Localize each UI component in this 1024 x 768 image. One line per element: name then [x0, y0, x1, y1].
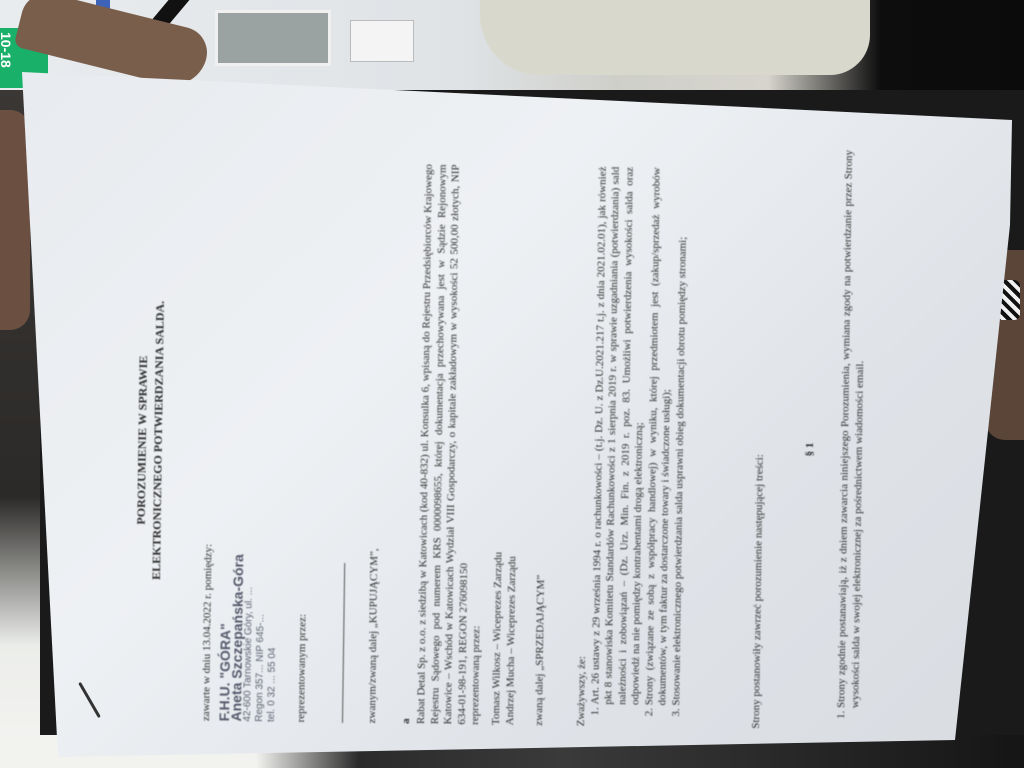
background-window — [215, 10, 331, 66]
background-window — [350, 20, 414, 62]
finger — [0, 110, 30, 330]
terms-section: Strony zgodnie postanawiają, iż z dniem … — [835, 150, 870, 730]
whereas-item: Art. 26 ustawy z 29 września 1994 r. o r… — [589, 166, 651, 705]
document-title: POROZUMIENIE W SPRAWIE ELEKTRONICZNEGO P… — [130, 160, 170, 720]
company-stamp: F.H.U. "GÓRA" Aneta Szczepańska-Góra 42-… — [218, 554, 280, 722]
stamp-line: tel. 0 32 ... 55 04 — [266, 555, 280, 722]
paper-sheet: POROZUMIENIE W SPRAWIE ELEKTRONICZNEGO P… — [0, 0, 1024, 768]
background-cloth — [480, 0, 870, 75]
term-item: Strony zgodnie postanawiają, iż z dniem … — [835, 150, 870, 708]
representative: Andrzej Mucha – Wiceprezes Zarządu — [503, 552, 519, 725]
signature-line — [342, 563, 345, 723]
document-page: POROZUMIENIE W SPRAWIE ELEKTRONICZNEGO P… — [130, 80, 959, 731]
represented-by: reprezentowanym przez: — [295, 614, 310, 723]
conjunction: a — [400, 718, 414, 724]
buyer-label: zwanym/zwaną dalej „KUPUJĄCYM”, — [366, 548, 382, 723]
company-text: Rabat Detal Sp. z o.o. z siedzibą w Kato… — [415, 164, 470, 725]
paragraph-mark: § 1 — [800, 169, 821, 729]
paper-crease — [78, 682, 101, 718]
whereas-section: Zważywszy, że: Art. 26 ustawy z 29 wrześ… — [575, 166, 691, 727]
seller-label: zwaną dalej „SPRZEDAJĄCYM” — [533, 575, 549, 726]
agreement-intro: Strony postanowiły zawrzeć porozumienie … — [750, 454, 767, 729]
company-details: Rabat Detal Sp. z o.o. z siedzibą w Kato… — [415, 164, 490, 725]
intro-text: zawarte w dniu 13.04.2022 r. pomiędzy: — [200, 544, 216, 721]
representatives: Tomasz Wilkosz – Wiceprezes Zarządu Andr… — [490, 552, 519, 726]
sign-text: 10-18 — [0, 32, 14, 68]
represented-by: reprezentowaną przez: — [469, 165, 490, 725]
